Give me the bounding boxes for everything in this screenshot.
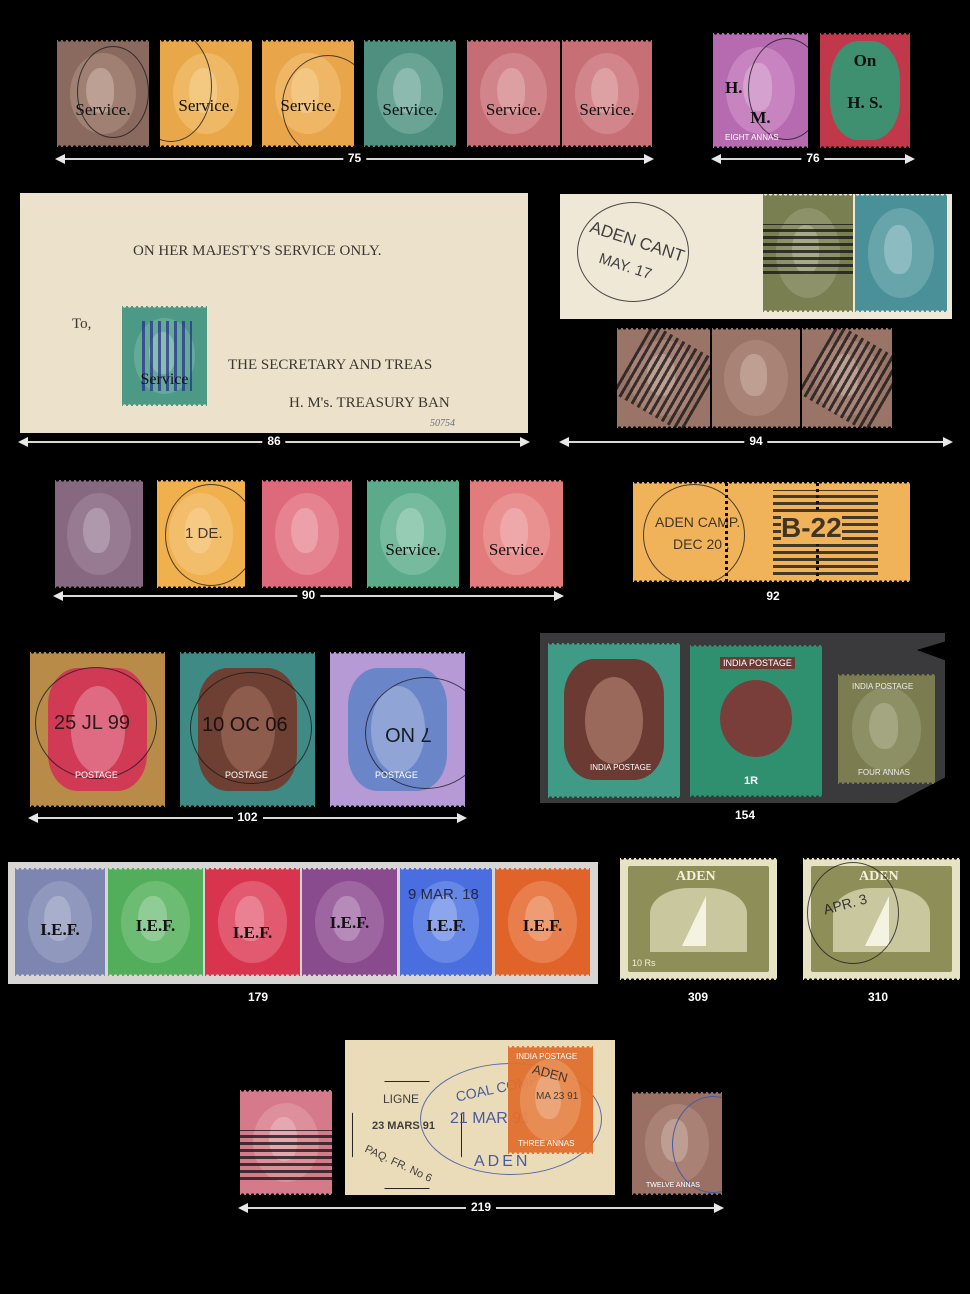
stamp-footer: POSTAGE [225, 770, 268, 780]
lot-number: 309 [678, 990, 718, 1004]
stamp: Service. [364, 40, 456, 147]
lot-number: 92 [753, 589, 793, 603]
lot-range-arrow: 75 [57, 158, 652, 160]
stamp: Service. [367, 480, 459, 588]
overprint: Service. [160, 96, 252, 116]
stamp-footer: INDIA POSTAGE [590, 763, 651, 772]
stamp-header: INDIA POSTAGE [852, 682, 913, 691]
overprint: I.E.F. [108, 916, 203, 936]
cancel-date: 10 OC 06 [202, 714, 288, 737]
stamp [262, 480, 352, 588]
overprint: I.E.F. [495, 916, 590, 936]
stamp [617, 328, 710, 428]
value-text: EIGHT ANNAS [725, 133, 779, 142]
pencil-note: 50754 [430, 418, 455, 429]
overprint: I.E.F. [302, 913, 397, 933]
stamp: Service. [57, 40, 149, 147]
stamp: Service. [262, 40, 354, 147]
stamp: ADEN APR. 3 [803, 858, 960, 980]
stamp [55, 480, 143, 588]
overprint-line-1: H. [725, 78, 808, 98]
lot-number: 94 [744, 434, 767, 448]
cover-to-label: To, [72, 316, 91, 333]
cancel-line-2: MA 23 91 [536, 1091, 578, 1102]
lot-number: 179 [238, 990, 278, 1004]
stamp [763, 194, 853, 312]
stamp: 9 MAR. 18 I.E.F. [400, 868, 492, 976]
overprint: Service. [367, 540, 459, 560]
stamp: INDIA POSTAGE 1R [690, 645, 822, 797]
overprint-line-2: M. [713, 108, 808, 128]
lot-range-arrow: 219 [240, 1207, 722, 1209]
overprint: Service. [262, 96, 354, 116]
oval-line-3: ADEN [474, 1153, 530, 1171]
stamp: 1 DE. [157, 480, 245, 588]
lot-range-arrow: 90 [55, 595, 562, 597]
stamp: INDIA POSTAGE [548, 643, 680, 798]
stamp: I.E.F. [302, 868, 397, 976]
cancel-date: 25 JL 99 [54, 712, 130, 735]
stamp-value: TWELVE ANNAS [646, 1182, 700, 1189]
stamp: INDIA POSTAGE FOUR ANNAS [838, 674, 935, 784]
stamp-header: INDIA POSTAGE [720, 657, 795, 669]
lot-number: 154 [725, 808, 765, 822]
overprint-line-1: On [820, 51, 910, 71]
lot-number: 102 [232, 810, 262, 824]
postmark-line-1: ADEN CAMP. [655, 514, 740, 530]
stamp: 25 JL 99 POSTAGE [30, 652, 165, 807]
overprint: I.E.F. [205, 923, 300, 943]
lot-number: 76 [801, 151, 824, 165]
lot-number: 86 [262, 434, 285, 448]
lot-range-arrow: 86 [20, 441, 528, 443]
stamp: Service. [467, 40, 560, 147]
lot-number: 310 [858, 990, 898, 1004]
stamp: ADEN 10 Rs [620, 858, 777, 980]
stamp-header: ADEN [676, 869, 716, 885]
stamp [802, 328, 892, 428]
stamp: I.E.F. [15, 868, 105, 976]
cover-heading: ON HER MAJESTY'S SERVICE ONLY. [133, 243, 382, 260]
lot-number: 75 [343, 151, 366, 165]
lot-range-arrow: 102 [30, 817, 465, 819]
stamp-value: 10 Rs [632, 958, 656, 968]
stamp [712, 328, 800, 428]
stamp: I.E.F. [108, 868, 203, 976]
stamp: H. M. EIGHT ANNAS [713, 33, 808, 148]
stamp: TWELVE ANNAS [632, 1092, 722, 1195]
overprint: I.E.F. [15, 920, 105, 940]
stamp: Service [122, 306, 207, 406]
cancel-date: 7 NO [385, 722, 432, 745]
postmark-line-2: DEC 20 . [673, 536, 730, 552]
stamp: I.E.F. [495, 868, 590, 976]
cover-address-line-2: H. M's. TREASURY BAN [289, 395, 450, 412]
overprint: Service. [470, 540, 563, 560]
lot-range-arrow: 94 [561, 441, 951, 443]
stamp: 7 NO POSTAGE [330, 652, 465, 807]
overprint: Service. [364, 100, 456, 120]
stamp-strip: ADEN CAMP. DEC 20 . B-22 [633, 482, 910, 582]
stamp-value: THREE ANNAS [518, 1139, 574, 1148]
overprint-line-2: H. S. [820, 93, 910, 113]
stamp-header: INDIA POSTAGE [516, 1052, 577, 1061]
stamp-footer: POSTAGE [75, 770, 118, 780]
lot-number: 90 [297, 588, 320, 602]
stamp: Service. [160, 40, 252, 147]
stamp-footer: POSTAGE [375, 770, 418, 780]
stamp-value: FOUR ANNAS [858, 768, 910, 777]
cancel: 9 MAR. 18 [408, 886, 479, 903]
stamp: On H. S. [820, 33, 910, 148]
stamp: INDIA POSTAGE ADEN MA 23 91 THREE ANNAS [508, 1046, 593, 1154]
lot-range-arrow: 76 [713, 158, 913, 160]
stamp [240, 1090, 332, 1195]
lot-number: 219 [466, 1200, 496, 1214]
numeral-cancel: B-22 [781, 512, 842, 544]
cover-address-line-1: THE SECRETARY AND TREAS [228, 357, 432, 374]
stamp: I.E.F. [205, 868, 300, 976]
cover-front [20, 193, 528, 433]
overprint: Service [122, 371, 207, 389]
stamp [855, 194, 947, 312]
stamp-value: 1R [744, 775, 758, 787]
overprint: Service. [57, 100, 149, 120]
stamp: 10 OC 06 POSTAGE [180, 652, 315, 807]
overprint: Service. [467, 100, 560, 120]
stamp: Service. [562, 40, 652, 147]
overprint: I.E.F. [400, 916, 492, 936]
stamp: Service. [470, 480, 563, 588]
overprint: Service. [562, 100, 652, 120]
octagon-line-1: LIGNE [383, 1092, 419, 1106]
